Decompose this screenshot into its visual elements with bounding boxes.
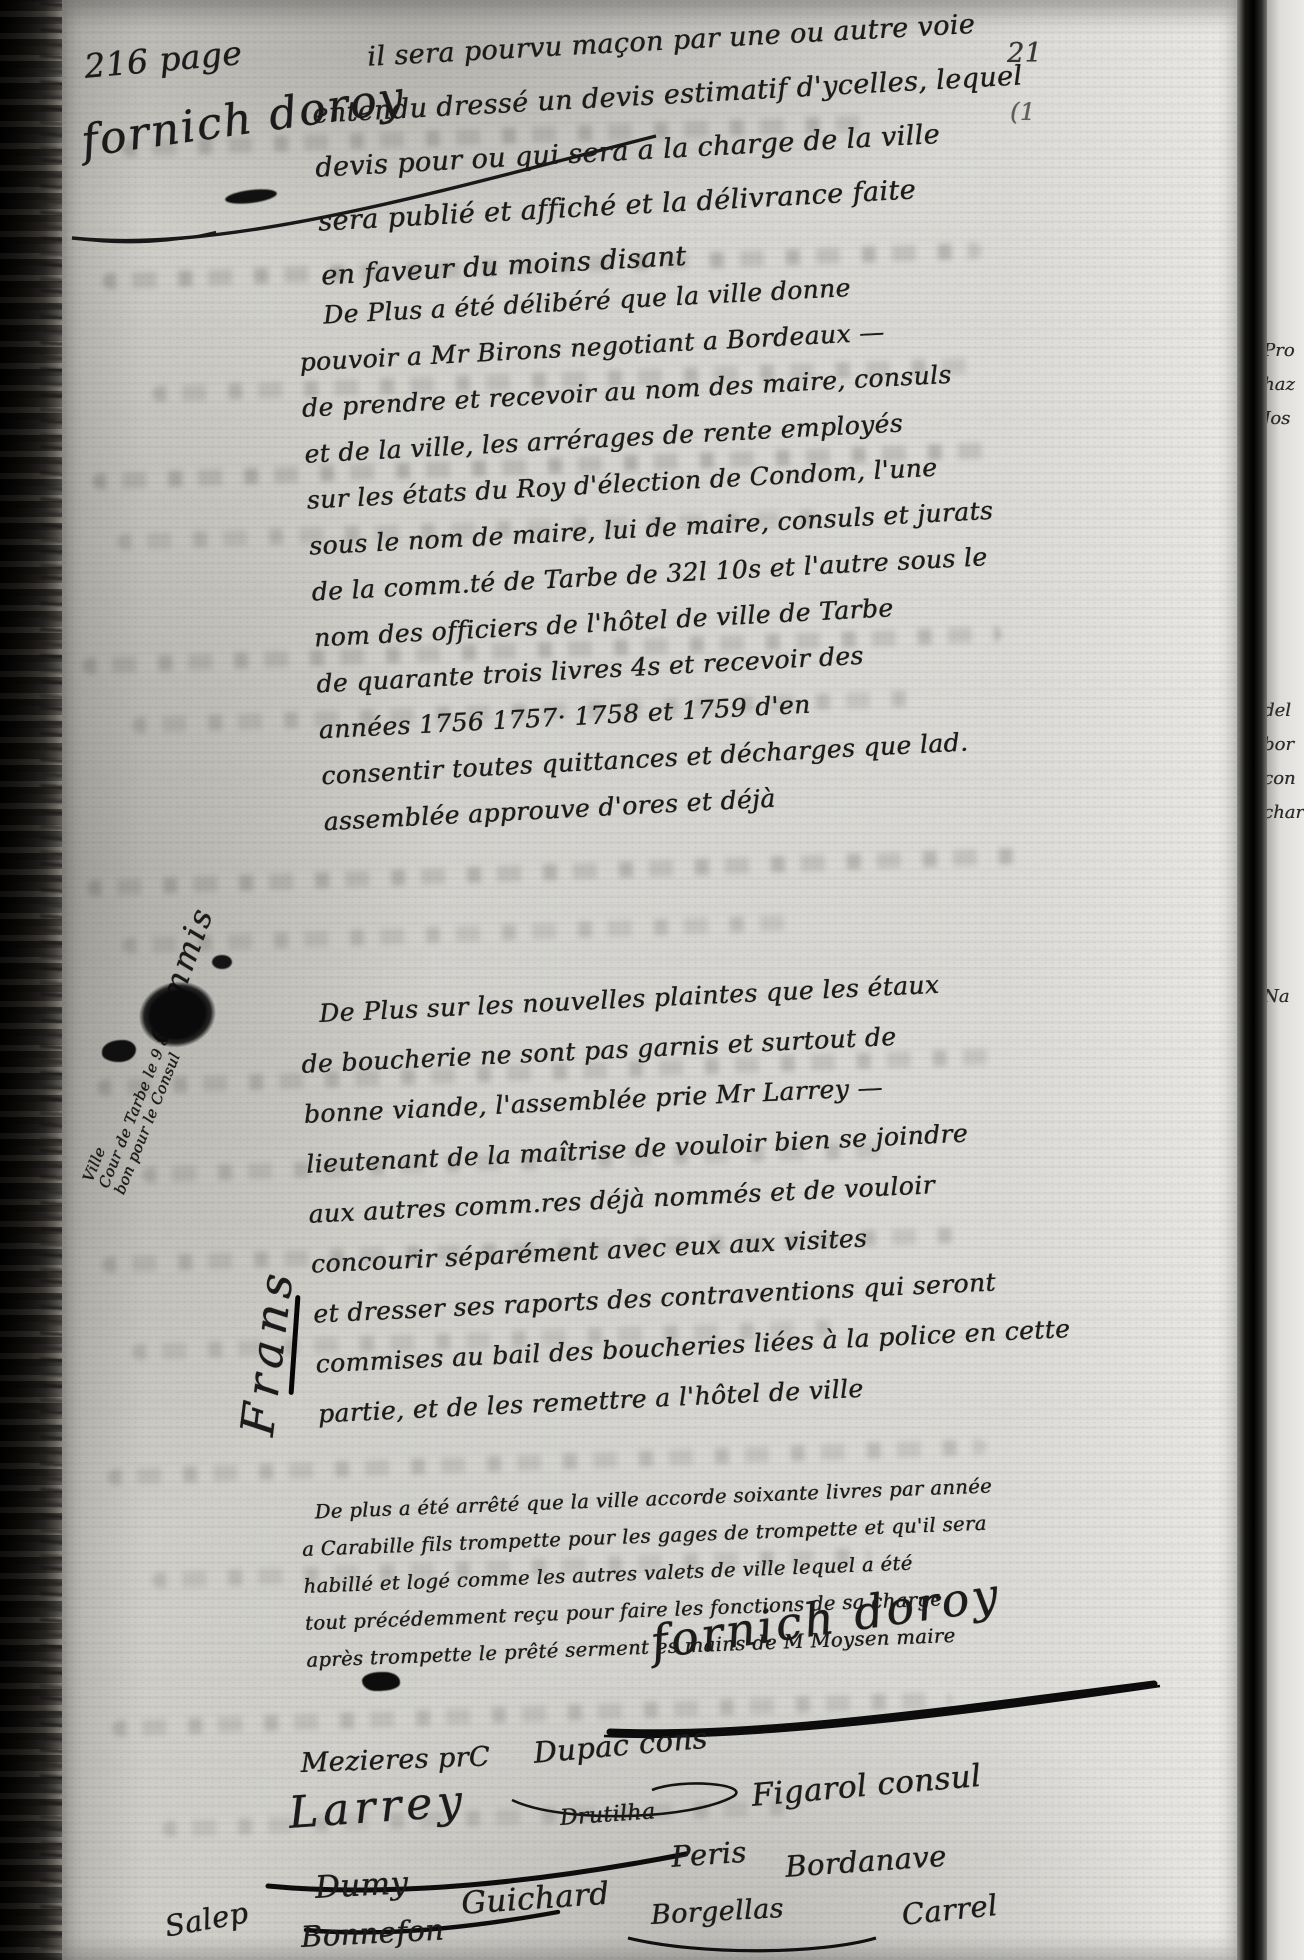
signature-figarol: Figarol consul xyxy=(750,1758,983,1814)
showthrough-streak xyxy=(122,914,802,954)
signature-borgellas: Borgellas xyxy=(650,1893,785,1931)
signature-bonnefon: Bonnefon xyxy=(300,1912,445,1953)
signature-peris: Peris xyxy=(670,1835,748,1874)
manuscript-page: 216 page fornich doroy 21 (1 il sera pou… xyxy=(62,0,1237,1960)
next-page-edge: Pro haz Jos del bor con char Na xyxy=(1267,0,1304,1960)
signature-mezieres: Mezieres prC xyxy=(300,1741,490,1779)
next-page-text-fragment: del xyxy=(1267,700,1291,721)
next-page-text-fragment: con xyxy=(1267,768,1296,789)
page-gutter-shadow xyxy=(1237,0,1267,1960)
signature-salep: Salep xyxy=(162,1895,251,1943)
next-page-text-fragment: bor xyxy=(1267,734,1294,755)
book-binding-edge xyxy=(0,0,62,1960)
signature-bordanave: Bordanave xyxy=(784,1839,948,1884)
paragraph-2: De Plus a été délibéré que la ville donn… xyxy=(296,258,1009,845)
signature-dumy: Dumy xyxy=(314,1865,409,1906)
signature-carrel: Carrel xyxy=(900,1888,999,1932)
manuscript-scan: 216 page fornich doroy 21 (1 il sera pou… xyxy=(0,0,1304,1960)
next-page-text-fragment: Pro xyxy=(1267,340,1295,361)
next-page-text-fragment: Jos xyxy=(1267,408,1290,429)
signature-dupac: Dupac cons xyxy=(532,1721,709,1770)
signature-flourish-stroke xyxy=(622,1928,882,1958)
next-page-text-fragment: haz xyxy=(1267,374,1295,395)
ink-smudge xyxy=(362,1672,400,1691)
signature-larrey: Larrey xyxy=(287,1776,469,1839)
page-number: 216 page xyxy=(83,33,244,86)
signature-drutilha: Drutilha xyxy=(559,1799,656,1831)
showthrough-streak xyxy=(87,848,1027,897)
paragraph-3: De Plus sur les nouvelles plaintes que l… xyxy=(298,954,1074,1439)
next-page-text-fragment: char xyxy=(1267,802,1304,823)
paragraph-4: De plus a été arrêté que la ville accord… xyxy=(300,1467,998,1678)
next-page-text-fragment: Na xyxy=(1267,986,1289,1007)
ink-blot xyxy=(212,955,232,969)
paragraph-1: il sera pourvu maçon par une ou autre vo… xyxy=(308,0,1033,304)
